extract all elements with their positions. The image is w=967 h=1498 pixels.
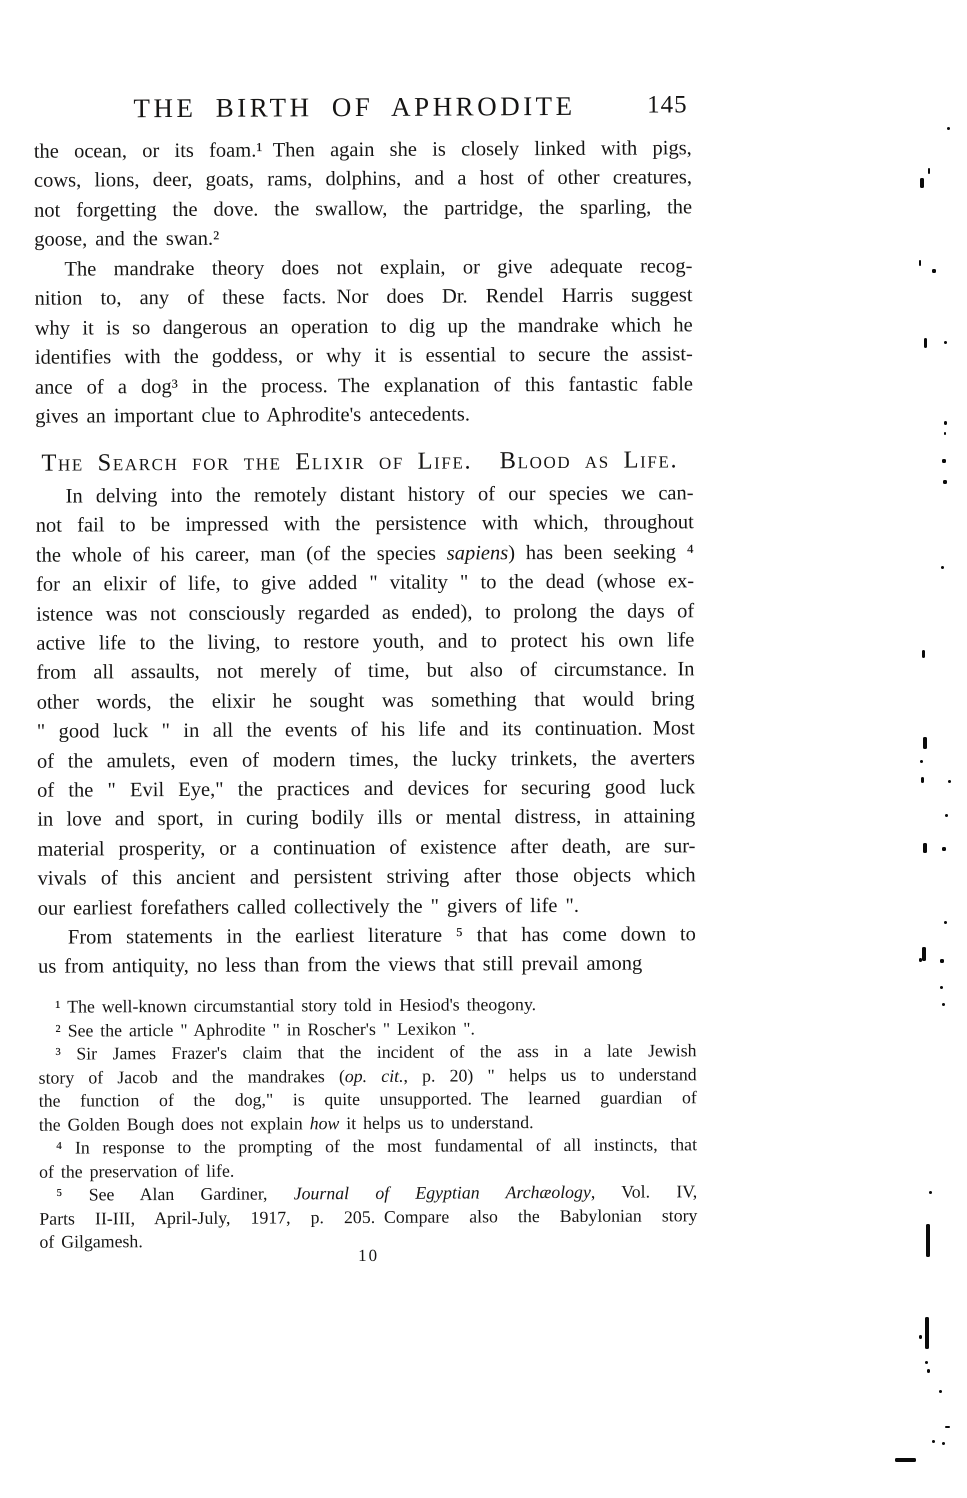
scan-speck [945,1426,950,1428]
text-line: not forgetting the dove. the swallow, th… [34,193,692,226]
text-line: goose, and the swan.² [34,222,692,255]
text-line: from all assaults, not merely of time, b… [36,656,694,689]
footnote-1: ¹ The well-known circumstantial story to… [38,992,696,1019]
scan-speck [920,178,924,188]
footnote-5: ⁵ See Alan Gardiner, Journal of Egyptian… [39,1180,697,1254]
text-line: gives an important clue to Aphrodite's a… [35,399,693,432]
scan-speck [943,480,947,484]
scan-speck [921,777,924,783]
scan-speck [919,1335,922,1339]
book-page: THE BIRTH OF APHRODITE 145 the ocean, or… [0,0,967,1498]
scan-speck [929,1191,932,1194]
paragraph-statements: From statements in the earliest literatu… [38,920,696,982]
scan-speck [940,986,943,989]
scan-speck [922,947,926,961]
scan-speck [941,566,944,569]
text-line: material prosperity, or a continuation o… [37,832,695,865]
scan-speck [948,780,951,783]
text-line: the function of the dog," is quite unsup… [39,1086,697,1113]
text-line: Parts II-III, April-July, 1917, p. 205. … [39,1204,697,1231]
scan-speck [928,168,930,174]
footnote-2: ² See the article " Aphrodite " in Rosch… [38,1016,696,1043]
text-line: ance of a dog³ in the process. The expla… [35,370,693,403]
text-line: active life to the living, to restore yo… [36,626,694,659]
scan-speck [923,843,927,853]
scan-speck [945,814,948,817]
text-line: ² See the article " Aphrodite " in Rosch… [38,1016,696,1043]
text-line: ¹ The well-known circumstantial story to… [38,992,696,1019]
section-heading: The Search for the Elixir of Life. Blood… [41,446,691,477]
text-line: nition to, any of these facts. Nor does … [34,282,692,315]
text-line: the Golden Bough does not explain how it… [39,1110,697,1137]
scan-speck [927,1369,930,1373]
scan-speck [932,1440,935,1443]
text-line: of the preservation of life. [39,1157,697,1184]
scan-speck [932,269,936,273]
scan-speck [895,1458,916,1462]
text-line: for an elixir of life, to give added " v… [36,567,694,600]
scan-speck [924,338,927,348]
scan-speck [947,127,950,130]
text-line: " good luck " in all the events of his l… [37,715,695,748]
signature-mark: 10 [40,1244,698,1267]
text-line: in love and sport, in curing bodily ills… [37,803,695,836]
paragraph-elixir: In delving into the remotely distant his… [36,479,696,924]
scan-speck [944,421,947,425]
footnote-3: ³ Sir James Frazer's claim that the inci… [38,1039,696,1136]
text-line: istence was not consciously regarded as … [36,597,694,630]
text-line: the ocean, or its foam.¹ Then again she … [34,134,692,167]
scan-speck [925,1317,929,1349]
scan-speck [925,1361,928,1364]
scan-speck [944,432,946,435]
paragraph-mandrake: The mandrake theory does not explain, or… [34,252,693,432]
text-line: ⁴ In response to the prompting of the mo… [39,1133,697,1160]
text-line: identifies with the goddess, or why it i… [35,340,693,373]
page-title: THE BIRTH OF APHRODITE [133,91,575,124]
scan-speck [940,959,944,963]
scan-speck [922,650,925,658]
scan-speck [944,921,947,924]
scan-speck [919,260,921,266]
scan-speck [919,958,922,962]
text-line: The mandrake theory does not explain, or… [34,252,692,285]
text-line: ⁵ See Alan Gardiner, Journal of Egyptian… [39,1180,697,1207]
text-line: not fail to be impressed with the persis… [36,509,694,542]
page-content: THE BIRTH OF APHRODITE 145 the ocean, or… [33,0,691,2]
running-header: THE BIRTH OF APHRODITE 145 [33,90,691,127]
text-line: our earliest forefathers called collecti… [38,891,696,924]
scan-speck [939,1390,942,1393]
text-line: cows, lions, deer, goats, rams, dolphins… [34,164,692,197]
text-line: why it is so dangerous an operation to d… [35,311,693,344]
scan-speck [942,1003,945,1006]
text-line: of the amulets, even of modern times, th… [37,744,695,777]
paragraph-continuation: the ocean, or its foam.¹ Then again she … [34,134,693,255]
scan-speck [926,1224,930,1257]
text-line: ³ Sir James Frazer's claim that the inci… [38,1039,696,1066]
text-line: of the " Evil Eye," the practices and de… [37,773,695,806]
text-line: vivals of this ancient and persistent st… [38,862,696,895]
text-line: story of Jacob and the mandrakes (op. ci… [39,1063,697,1090]
scan-speck [920,760,923,763]
text-line: other words, the elixir he sought was so… [37,685,695,718]
footnote-4: ⁴ In response to the prompting of the mo… [39,1133,697,1183]
text-line: In delving into the remotely distant his… [36,479,694,512]
page-number: 145 [647,91,688,119]
text-line: From statements in the earliest literatu… [38,920,696,953]
footnotes-block: ¹ The well-known circumstantial story to… [38,992,697,1254]
scan-speck [942,847,946,851]
scan-speck [923,737,927,749]
text-line: us from antiquity, no less than from the… [38,950,696,983]
scan-speck [942,1442,945,1445]
scan-speck [944,341,947,344]
scan-speck [942,459,946,463]
text-line: the whole of his career, man (of the spe… [36,538,694,571]
